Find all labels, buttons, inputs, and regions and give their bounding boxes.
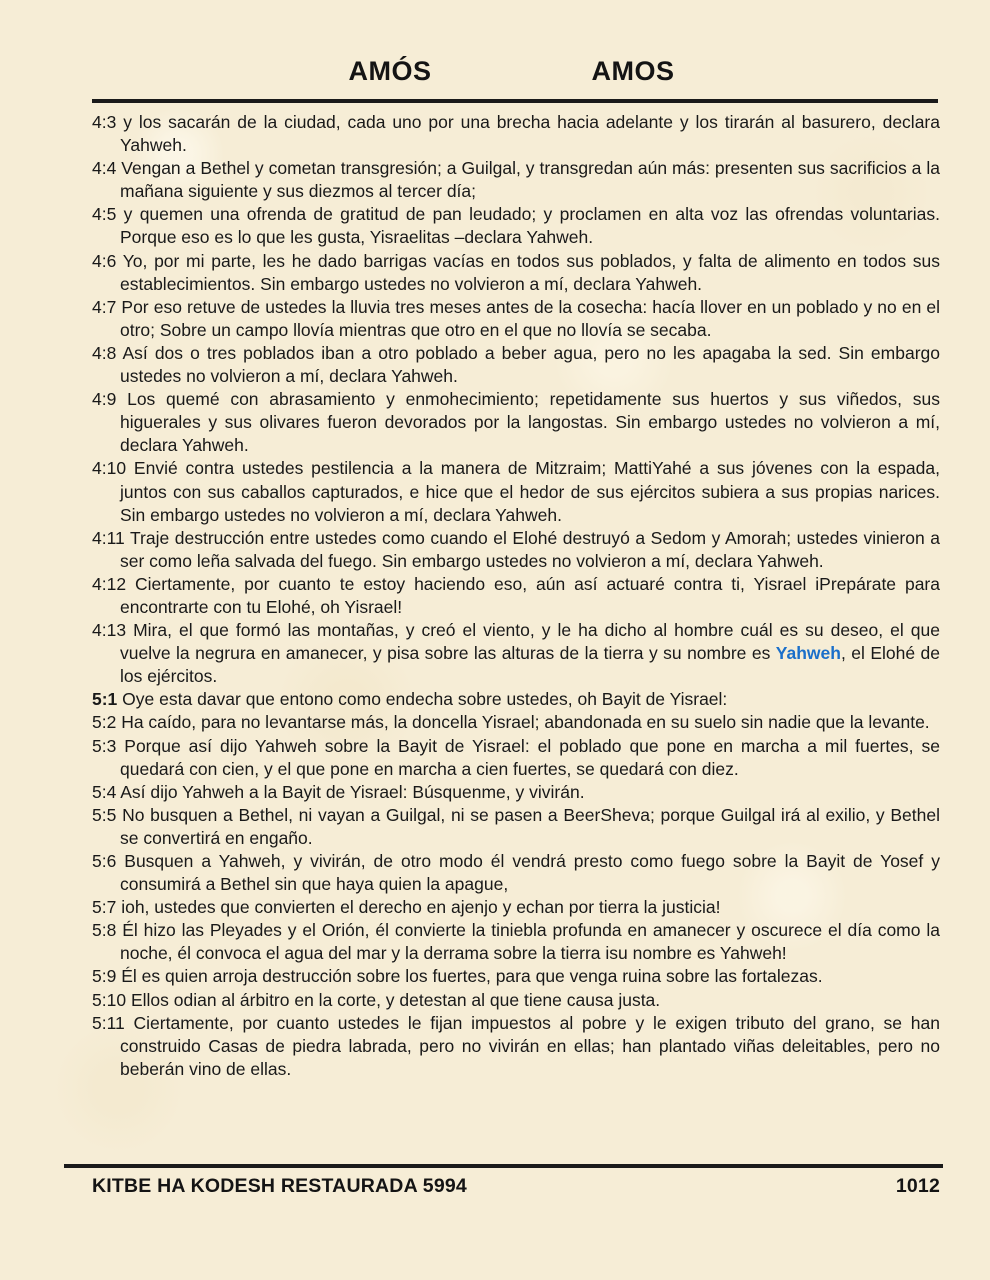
footer-edition-label: KITBE HA KODESH RESTAURADA 5994 [92,1175,467,1198]
verse: 4:11 Traje destrucción entre ustedes com… [92,527,940,573]
verse: 5:2 Ha caído, para no levantarse más, la… [92,711,940,734]
verse: 5:6 Busquen a Yahweh, y vivirán, de otro… [92,850,940,896]
verse: 4:6 Yo, por mi parte, les he dado barrig… [92,250,940,296]
verse: 4:12 Ciertamente, por cuanto te estoy ha… [92,573,940,619]
verse-number: 4:13 [92,620,126,640]
verse-number: 5:5 [92,805,116,825]
verse-number: 4:11 [92,528,125,548]
verse-number: 4:4 [92,158,116,178]
verse-number: 4:10 [92,458,126,478]
verse-text-block: 4:3 y los sacarán de la ciudad, cada uno… [92,111,940,1081]
page-title-spanish: AMÓS [349,56,432,87]
verse: 5:5 No busquen a Bethel, ni vayan a Guil… [92,804,940,850]
scripture-page: AMÓS AMOS 4:3 y los sacarán de la ciudad… [0,0,990,1280]
verse: 5:4 Así dijo Yahweh a la Bayit de Yisrae… [92,781,940,804]
verse-number: 4:8 [92,343,116,363]
verse: 5:1 Oye esta davar que entono como endec… [92,688,940,711]
verse-number: 5:7 [92,897,116,917]
verse-number: 5:3 [92,736,116,756]
verse: 5:11 Ciertamente, por cuanto ustedes le … [92,1012,940,1081]
header-divider-rule [92,99,938,103]
verse-number: 5:2 [92,712,116,732]
verse: 4:7 Por eso retuve de ustedes la lluvia … [92,296,940,342]
verse-number: 5:9 [92,966,116,986]
footer-divider-rule [64,1164,943,1168]
verse-number: 5:11 [92,1013,125,1033]
verse-number: 5:8 [92,920,116,940]
verse-number: 4:6 [92,251,116,271]
page-footer: KITBE HA KODESH RESTAURADA 5994 1012 [92,1175,940,1198]
divine-name-highlight: Yahweh [776,643,841,663]
verse: 4:9 Los quemé con abrasamiento y enmohec… [92,388,940,457]
verse-number: 5:1 [92,689,117,709]
verse-number: 5:6 [92,851,116,871]
verse-number: 4:12 [92,574,126,594]
verse: 4:10 Envié contra ustedes pestilencia a … [92,457,940,526]
verse: 4:8 Así dos o tres poblados iban a otro … [92,342,940,388]
verse: 5:3 Porque así dijo Yahweh sobre la Bayi… [92,735,940,781]
page-title-english: AMOS [592,56,675,87]
footer-page-number: 1012 [896,1175,940,1198]
verse-number: 5:10 [92,990,126,1010]
verse: 4:13 Mira, el que formó las montañas, y … [92,619,940,688]
verse-number: 5:4 [92,782,116,802]
verse-number: 4:9 [92,389,116,409]
verse-number: 4:7 [92,297,116,317]
verse-number: 4:3 [92,112,116,132]
verse: 5:8 Él hizo las Pleyades y el Orión, él … [92,919,940,965]
verse: 5:9 Él es quien arroja destrucción sobre… [92,965,940,988]
verse: 4:5 y quemen una ofrenda de gratitud de … [92,203,940,249]
verse: 4:3 y los sacarán de la ciudad, cada uno… [92,111,940,157]
verse: 4:4 Vengan a Bethel y cometan transgresi… [92,157,940,203]
verse-number: 4:5 [92,204,116,224]
verse: 5:10 Ellos odian al árbitro en la corte,… [92,989,940,1012]
verse: 5:7 ioh, ustedes que convierten el derec… [92,896,940,919]
